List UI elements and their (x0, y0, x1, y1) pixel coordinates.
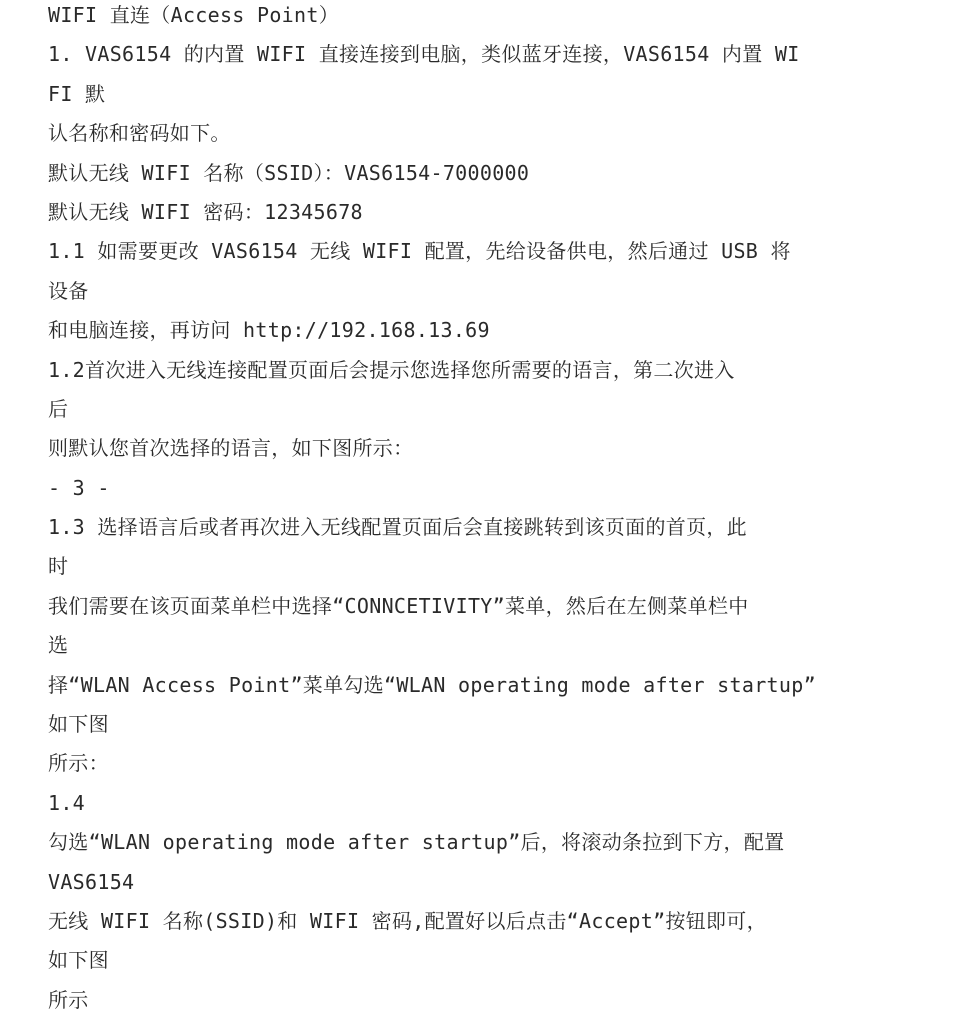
text-line: 设备 (48, 276, 958, 315)
page-number: - 3 - (48, 473, 958, 512)
text-line: VAS6154 (48, 867, 958, 906)
text-line: 时 (48, 551, 958, 590)
default-password-line: 默认无线 WIFI 密码：12345678 (48, 197, 958, 236)
step-number: 1.4 (48, 788, 958, 827)
config-url-line: 和电脑连接，再访问 http://192.168.13.69 (48, 315, 958, 354)
text-line: 1.2首次进入无线连接配置页面后会提示您选择您所需要的语言，第二次进入 (48, 355, 958, 394)
text-line: 我们需要在该页面菜单栏中选择“CONNCETIVITY”菜单，然后在左侧菜单栏中 (48, 591, 958, 630)
text-line: 1. VAS6154 的内置 WIFI 直接连接到电脑，类似蓝牙连接，VAS61… (48, 39, 958, 78)
text-line: 认名称和密码如下。 (48, 118, 958, 157)
text-line: 择“WLAN Access Point”菜单勾选“WLAN operating … (48, 670, 958, 709)
default-ssid-line: 默认无线 WIFI 名称（SSID）：VAS6154-7000000 (48, 158, 958, 197)
text-line: 后 (48, 394, 958, 433)
text-line: 如下图 (48, 709, 958, 748)
text-line: FI 默 (48, 79, 958, 118)
text-line: 所示： (48, 748, 958, 787)
text-line: 选 (48, 630, 958, 669)
text-line: 勾选“WLAN operating mode after startup”后，将… (48, 827, 958, 866)
text-line: 如下图 (48, 945, 958, 984)
text-line: 1.3 选择语言后或者再次进入无线配置页面后会直接跳转到该页面的首页，此 (48, 512, 958, 551)
text-line: 所示 (48, 985, 958, 1024)
document-body: WIFI 直连（Access Point） 1. VAS6154 的内置 WIF… (48, 0, 958, 1024)
text-line: 1.1 如需要更改 VAS6154 无线 WIFI 配置，先给设备供电，然后通过… (48, 236, 958, 275)
text-line: 则默认您首次选择的语言，如下图所示： (48, 433, 958, 472)
section-title: WIFI 直连（Access Point） (48, 0, 958, 39)
text-line: 无线 WIFI 名称(SSID)和 WIFI 密码,配置好以后点击“Accept… (48, 906, 958, 945)
